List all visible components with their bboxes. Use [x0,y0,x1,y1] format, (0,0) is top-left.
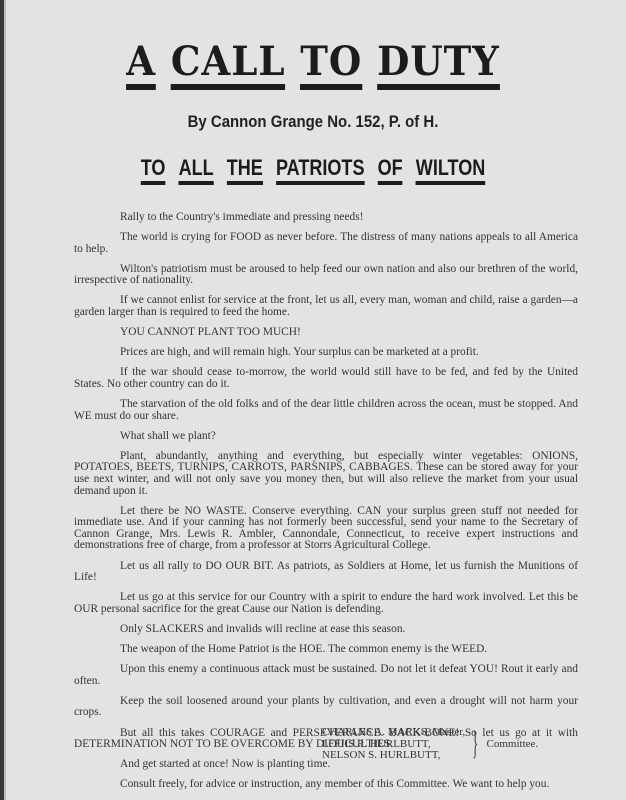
paragraph: Let there be NO WASTE. Conserve everythi… [74,506,578,552]
paragraph: The starvation of the old folks and of t… [74,399,578,422]
paragraph: Let us all rally to DO OUR BIT. As patri… [74,561,578,584]
signatory-list: CHARLES A. MARKS, Master, LOUIS R. HURLB… [322,727,465,762]
paragraph: Rally to the Country's immediate and pre… [74,212,578,224]
title-word: CALL [171,42,286,90]
signatory: NELSON S. HURLBUTT, [322,750,465,762]
subtitle-word: THE [227,156,263,185]
paragraph: Wilton's patriotism must be aroused to h… [74,264,578,287]
paragraph: If the war should cease to-morrow, the w… [74,367,578,390]
title-word: DUTY [377,42,500,90]
paragraph: Only SLACKERS and invalids will recline … [74,624,578,636]
paragraph: Upon this enemy a continuous attack must… [74,664,578,687]
paragraph: YOU CANNOT PLANT TOO MUCH! [74,327,578,339]
title-word: TO [300,42,362,90]
paragraph: Consult freely, for advice or instructio… [74,779,578,791]
byline: By Cannon Grange No. 152, P. of H. [38,112,589,132]
paragraph: The weapon of the Home Patriot is the HO… [74,644,578,656]
title-word: A [126,42,156,90]
subtitle-word: TO [141,156,166,185]
signature-role: Committee. [487,739,539,751]
paragraph: Let us go at this service for our Countr… [74,592,578,615]
paragraph: If we cannot enlist for service at the f… [74,295,578,318]
paragraph: What shall we plant? [74,431,578,443]
paragraph: Prices are high, and will remain high. Y… [74,347,578,359]
subtitle-word: PATRIOTS [276,156,365,185]
scan-edge-shadow [4,0,6,800]
signature-block: CHARLES A. MARKS, Master, LOUIS R. HURLB… [322,727,538,762]
signatory: CHARLES A. MARKS, Master, [322,727,465,739]
document-subtitle: TOALLTHEPATRIOTSOFWILTON [56,155,569,185]
subtitle-word: WILTON [416,156,485,185]
subtitle-word: ALL [179,156,214,185]
brace-icon: } [472,727,479,761]
document-title: ACALLTODUTY [22,38,604,90]
paragraph: The world is crying for FOOD as never be… [74,232,578,255]
subtitle-word: OF [378,156,403,185]
document-body: Rally to the Country's immediate and pre… [74,212,578,799]
paragraph: Keep the soil loosened around your plant… [74,696,578,719]
paragraph: Plant, abundantly, anything and everythi… [74,451,578,497]
